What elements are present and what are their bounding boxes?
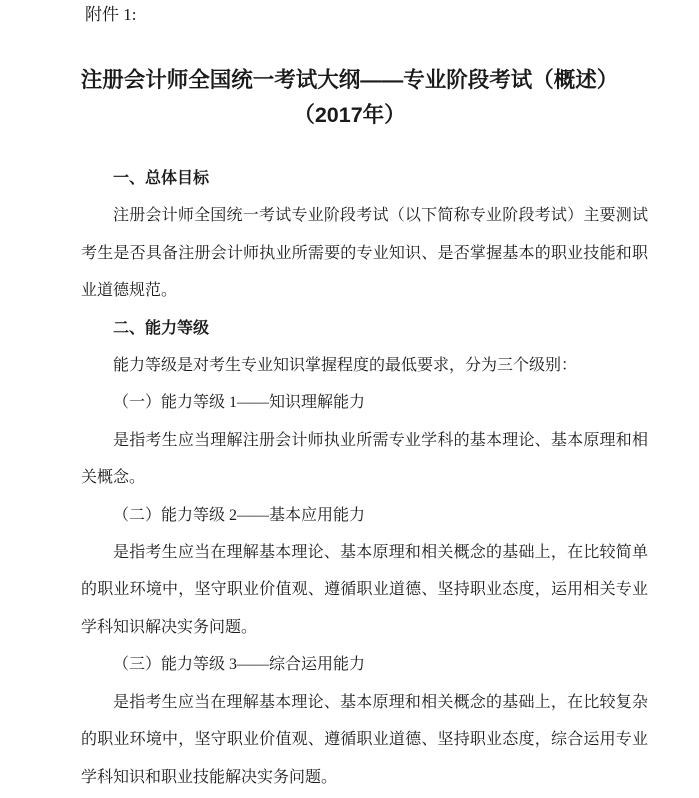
attachment-label: 附件 1: [85,0,699,27]
document-body: 一、总体目标注册会计师全国统一考试专业阶段考试（以下简称专业阶段考试）主要测试考… [81,160,648,796]
body-paragraph: 是指考生应当理解注册会计师执业所需专业学科的基本理论、基本原理和相关概念。 [81,422,648,497]
document-page: 附件 1: 注册会计师全国统一考试大纲——专业阶段考试（概述） （2017年） … [0,0,699,798]
body-paragraph: 能力等级是对考生专业知识掌握程度的最低要求，分为三个级别： [81,347,648,384]
document-title-line-1: 注册会计师全国统一考试大纲——专业阶段考试（概述） [0,63,699,98]
document-title: 注册会计师全国统一考试大纲——专业阶段考试（概述） （2017年） [0,63,699,133]
section-heading: 二、能力等级 [81,310,648,347]
body-paragraph: 注册会计师全国统一考试专业阶段考试（以下简称专业阶段考试）主要测试考生是否具备注… [81,197,648,309]
section-heading: 一、总体目标 [81,160,648,197]
document-title-line-2: （2017年） [0,98,699,133]
body-paragraph: （一）能力等级 1——知识理解能力 [81,384,648,421]
body-paragraph: （三）能力等级 3——综合运用能力 [81,646,648,683]
body-paragraph: （二）能力等级 2——基本应用能力 [81,497,648,534]
body-paragraph: 是指考生应当在理解基本理论、基本原理和相关概念的基础上，在比较简单的职业环境中，… [81,534,648,646]
body-paragraph: 是指考生应当在理解基本理论、基本原理和相关概念的基础上，在比较复杂的职业环境中，… [81,684,648,796]
